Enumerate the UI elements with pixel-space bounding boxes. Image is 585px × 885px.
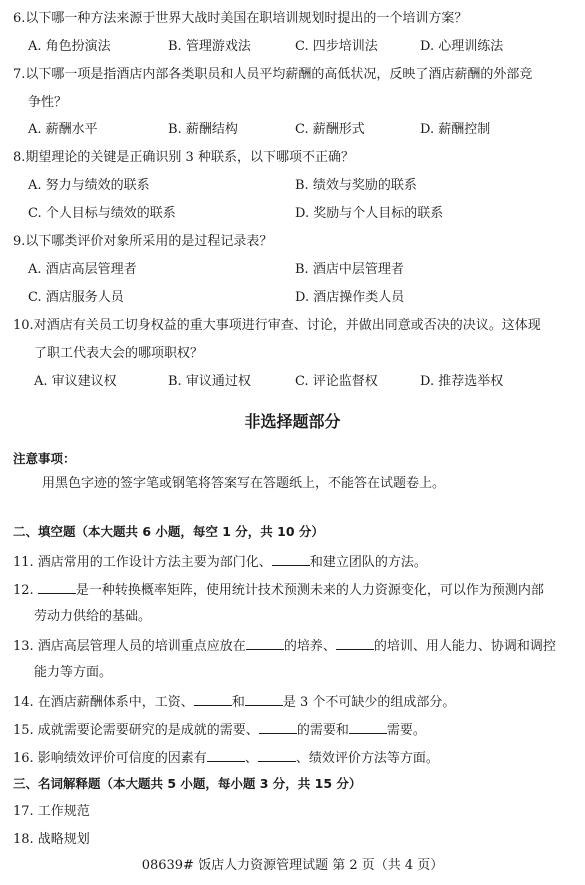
question-14: 14. 在酒店薪酬体系中，工资、和是 3 个不可缺少的组成部分。 <box>13 693 455 711</box>
answer-blank <box>246 637 284 650</box>
question-text: 以下哪一项是指酒店内部各类职员和人员平均薪酬的高低状况，反映了酒店薪酬的外部竞 <box>25 67 532 82</box>
question-text: 的培养、 <box>284 639 336 654</box>
question-number: 12. <box>13 583 38 598</box>
question-text: 是 3 个不可缺少的组成部分。 <box>283 695 456 710</box>
question-text: 期望理论的关键是正确识别 3 种联系，以下哪项不正确？ <box>25 150 354 165</box>
q7-option-b: B. 薪酬结构 <box>168 122 238 138</box>
question-text: 和 <box>232 695 245 710</box>
answer-blank <box>38 581 76 594</box>
question-16: 16. 影响绩效评价可信度的因素有、、绩效评价方法等方面。 <box>13 749 439 767</box>
notice-heading: 注意事项： <box>13 451 76 467</box>
question-number: 10. <box>13 318 34 333</box>
question-number: 9. <box>13 234 25 249</box>
q7-option-c: C. 薪酬形式 <box>295 122 365 138</box>
q8-option-d: D. 奖励与个人目标的联系 <box>295 206 443 222</box>
answer-blank <box>194 693 232 706</box>
question-text: 需要。 <box>387 723 426 738</box>
part2-heading: 二、填空题（本大题共 6 小题，每空 1 分，共 10 分） <box>13 524 324 540</box>
answer-blank <box>207 749 245 762</box>
q10-option-b: B. 审议通过权 <box>168 374 251 390</box>
question-11: 11. 酒店常用的工作设计方法主要为部门化、和建立团队的方法。 <box>13 553 427 571</box>
answer-blank <box>272 553 310 566</box>
question-text: 的培训、用人能力、协调和调控 <box>374 639 556 654</box>
question-text: 16. 影响绩效评价可信度的因素有 <box>13 751 207 766</box>
question-text: 以下哪类评价对象所采用的是过程记录表？ <box>25 234 272 249</box>
q7-option-a: A. 薪酬水平 <box>28 122 98 138</box>
question-10: 10.对酒店有关员工切身权益的重大事项进行审查、讨论，并做出同意或否决的决议。这… <box>13 318 541 334</box>
q8-option-b: B. 绩效与奖励的联系 <box>295 178 417 194</box>
question-text: 14. 在酒店薪酬体系中，工资、 <box>13 695 194 710</box>
question-12: 12. 是一种转换概率矩阵，使用统计技术预测未来的人力资源变化，可以作为预测内部 <box>13 581 544 599</box>
answer-blank <box>259 721 297 734</box>
answer-blank <box>245 693 283 706</box>
question-12-cont: 劳动力供给的基础。 <box>34 609 151 625</box>
question-18: 18. 战略规划 <box>13 832 90 848</box>
question-text: 15. 成就需要论需要研究的是成就的需要、 <box>13 723 259 738</box>
question-15: 15. 成就需要论需要研究的是成就的需要、的需要和需要。 <box>13 721 426 739</box>
question-13: 13. 酒店高层管理人员的培训重点应放在的培养、的培训、用人能力、协调和调控 <box>13 637 556 655</box>
question-17: 17. 工作规范 <box>13 804 90 820</box>
question-13-cont: 能力等方面。 <box>34 665 112 681</box>
question-number: 7. <box>13 67 25 82</box>
question-9: 9.以下哪类评价对象所采用的是过程记录表？ <box>13 234 272 250</box>
question-text: 13. 酒店高层管理人员的培训重点应放在 <box>13 639 246 654</box>
question-7: 7.以下哪一项是指酒店内部各类职员和人员平均薪酬的高低状况，反映了酒店薪酬的外部… <box>13 67 532 83</box>
question-text: 和建立团队的方法。 <box>310 555 427 570</box>
answer-blank <box>336 637 374 650</box>
section-title: 非选择题部分 <box>0 412 585 432</box>
question-number: 6. <box>13 11 25 26</box>
q8-option-a: A. 努力与绩效的联系 <box>28 178 150 194</box>
question-text: 、绩效评价方法等方面。 <box>296 751 439 766</box>
question-6: 6.以下哪一种方法来源于世界大战时美国在职培训规划时提出的一个培训方案？ <box>13 11 467 27</box>
q10-option-a: A. 审议建议权 <box>34 374 117 390</box>
q9-option-c: C. 酒店服务人员 <box>28 290 124 306</box>
question-10-cont: 了职工代表大会的哪项职权？ <box>34 346 203 362</box>
question-number: 8. <box>13 150 25 165</box>
answer-blank <box>258 749 296 762</box>
q6-option-c: C. 四步培训法 <box>295 39 378 55</box>
q9-option-b: B. 酒店中层管理者 <box>295 262 404 278</box>
q9-option-d: D. 酒店操作类人员 <box>295 290 404 306</box>
question-8: 8.期望理论的关键是正确识别 3 种联系，以下哪项不正确？ <box>13 150 354 166</box>
q10-option-d: D. 推荐选举权 <box>420 374 503 390</box>
notice-body: 用黑色字迹的签字笔或钢笔将答案写在答题纸上，不能答在试题卷上。 <box>42 476 445 492</box>
q6-option-b: B. 管理游戏法 <box>168 39 251 55</box>
q9-option-a: A. 酒店高层管理者 <box>28 262 137 278</box>
question-7-cont: 争性？ <box>28 95 67 111</box>
question-text: 对酒店有关员工切身权益的重大事项进行审查、讨论，并做出同意或否决的决议。这体现 <box>34 318 541 333</box>
q8-option-c: C. 个人目标与绩效的联系 <box>28 206 176 222</box>
question-text: 、 <box>245 751 258 766</box>
question-text: 是一种转换概率矩阵，使用统计技术预测未来的人力资源变化，可以作为预测内部 <box>76 583 544 598</box>
q7-option-d: D. 薪酬控制 <box>420 122 490 138</box>
page-footer: 08639# 饭店人力资源管理试题 第 2 页（共 4 页） <box>0 858 585 874</box>
question-text: 以下哪一种方法来源于世界大战时美国在职培训规划时提出的一个培训方案？ <box>25 11 467 26</box>
q6-option-a: A. 角色扮演法 <box>28 39 111 55</box>
part3-heading: 三、名词解释题（本大题共 5 小题，每小题 3 分，共 15 分） <box>13 776 361 792</box>
q10-option-c: C. 评论监督权 <box>295 374 378 390</box>
question-text: 的需要和 <box>297 723 349 738</box>
question-text: 11. 酒店常用的工作设计方法主要为部门化、 <box>13 555 272 570</box>
q6-option-d: D. 心理训练法 <box>420 39 503 55</box>
answer-blank <box>349 721 387 734</box>
